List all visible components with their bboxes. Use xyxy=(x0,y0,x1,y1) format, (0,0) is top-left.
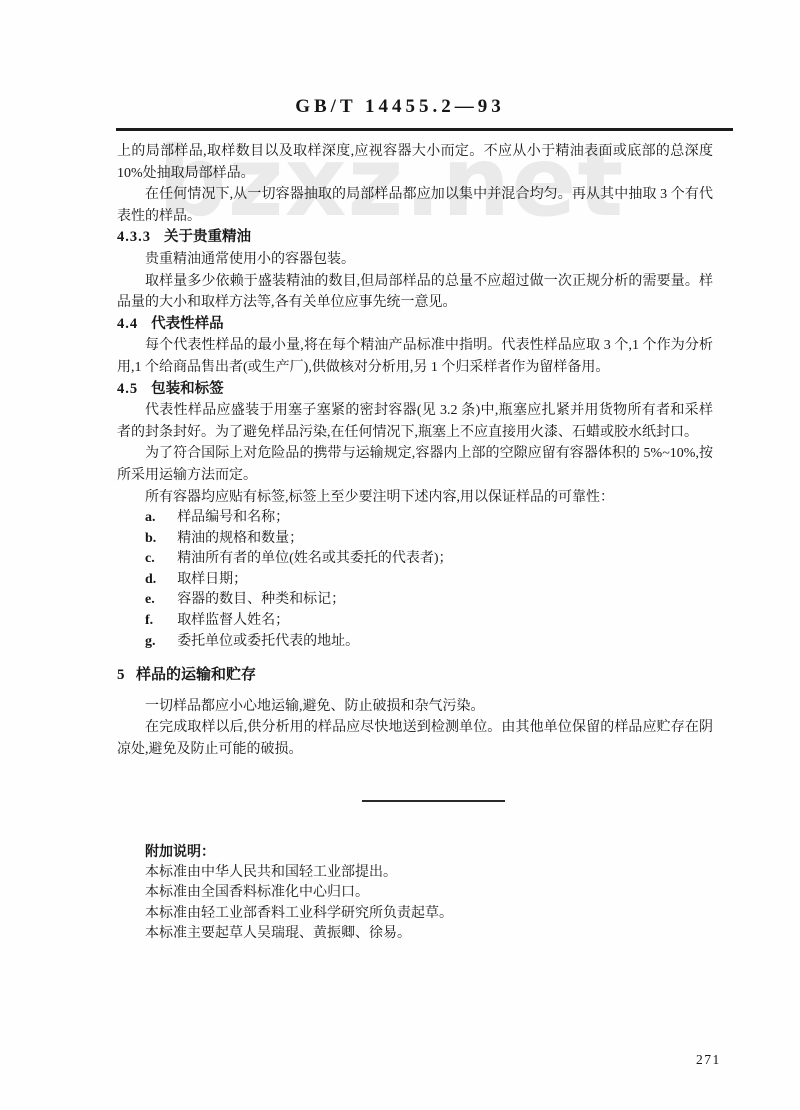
section-title: 代表性样品 xyxy=(151,316,224,332)
section-title: 样品的运输和贮存 xyxy=(136,667,256,683)
label-list-item-d: d.取样日期； xyxy=(117,570,713,591)
list-label: g. xyxy=(145,632,177,653)
label-list-item-b: b.精油的规格和数量； xyxy=(117,529,713,550)
list-label: e. xyxy=(145,590,177,611)
list-label: b. xyxy=(145,529,177,550)
appendix-line: 本标准由轻工业部香料工业科学研究所负责起草。 xyxy=(145,904,713,924)
standard-number-header: GB/T 14455.2—93 xyxy=(0,96,800,118)
list-text: 取样日期； xyxy=(177,572,247,587)
header-rule xyxy=(116,128,733,131)
list-text: 容器的数目、种类和标记； xyxy=(177,592,345,607)
label-list-item-c: c.精油所有者的单位(姓名或其委托的代表者)； xyxy=(117,549,713,570)
section-title: 关于贵重精油 xyxy=(164,229,251,245)
list-label: f. xyxy=(145,611,177,632)
appendix-line: 本标准由全国香料标准化中心归口。 xyxy=(145,883,713,903)
paragraph: 在任何情况下,从一切容器抽取的局部样品都应加以集中并混合均匀。再从其中抽取 3 … xyxy=(117,184,713,227)
label-list-item-f: f.取样监督人姓名； xyxy=(117,611,713,632)
appendix-line: 本标准主要起草人吴瑞琨、黄振卿、徐易。 xyxy=(145,924,713,944)
paragraph: 所有容器均应贴有标签,标签上至少要注明下述内容,用以保证样品的可靠性： xyxy=(117,487,713,509)
chapter-heading-5: 5样品的运输和贮存 xyxy=(117,665,713,687)
document-body: 上的局部样品,取样数目以及取样深度,应视容器大小而定。不应从小于精油表面或底部的… xyxy=(117,141,713,945)
list-text: 样品编号和名称； xyxy=(177,510,289,525)
list-text: 委托单位或委托代表的地址。 xyxy=(177,634,359,649)
document-page: bzxz.net GB/T 14455.2—93 上的局部样品,取样数目以及取样… xyxy=(0,0,800,1110)
paragraph: 为了符合国际上对危险品的携带与运输规定,容器内上部的空隙应留有容器体积的 5%~… xyxy=(117,443,713,486)
list-label: c. xyxy=(145,549,177,570)
list-label: d. xyxy=(145,570,177,591)
paragraph: 代表性样品应盛装于用塞子塞紧的密封容器(见 3.2 条)中,瓶塞应扎紧并用货物所… xyxy=(117,400,713,443)
paragraph: 贵重精油通常使用小的容器包装。 xyxy=(117,249,713,271)
list-text: 取样监督人姓名； xyxy=(177,613,289,628)
page-number: 271 xyxy=(696,1052,721,1068)
section-number: 4.3.3 xyxy=(117,229,151,245)
appendix-line: 本标准由中华人民共和国轻工业部提出。 xyxy=(145,863,713,883)
section-number: 5 xyxy=(117,667,126,683)
section-heading-4-3-3: 4.3.3关于贵重精油 xyxy=(117,227,713,249)
list-text: 精油的规格和数量； xyxy=(177,531,303,546)
paragraph: 在完成取样以后,供分析用的样品应尽快地送到检测单位。由其他单位保留的样品应贮存在… xyxy=(117,717,713,760)
list-label: a. xyxy=(145,508,177,529)
section-number: 4.4 xyxy=(117,316,138,332)
section-divider-rule xyxy=(362,800,505,802)
appendix-block: 附加说明： 本标准由中华人民共和国轻工业部提出。 本标准由全国香料标准化中心归口… xyxy=(145,843,713,945)
list-text: 精油所有者的单位(姓名或其委托的代表者)； xyxy=(177,551,452,566)
label-list-item-e: e.容器的数目、种类和标记； xyxy=(117,590,713,611)
label-list-item-a: a.样品编号和名称； xyxy=(117,508,713,529)
paragraph: 一切样品都应小心地运输,避免、防止破损和杂气污染。 xyxy=(117,696,713,718)
label-list-item-g: g.委托单位或委托代表的地址。 xyxy=(117,632,713,653)
paragraph: 每个代表性样品的最小量,将在每个精油产品标准中指明。代表性样品应取 3 个,1 … xyxy=(117,335,713,378)
appendix-title: 附加说明： xyxy=(145,843,713,863)
section-heading-4-4: 4.4代表性样品 xyxy=(117,314,713,336)
paragraph-continued: 上的局部样品,取样数目以及取样深度,应视容器大小而定。不应从小于精油表面或底部的… xyxy=(117,141,713,184)
paragraph: 取样量多少依赖于盛装精油的数目,但局部样品的总量不应超过做一次正规分析的需要量。… xyxy=(117,271,713,314)
section-title: 包装和标签 xyxy=(151,381,224,397)
section-heading-4-5: 4.5包装和标签 xyxy=(117,379,713,401)
section-number: 4.5 xyxy=(117,381,138,397)
